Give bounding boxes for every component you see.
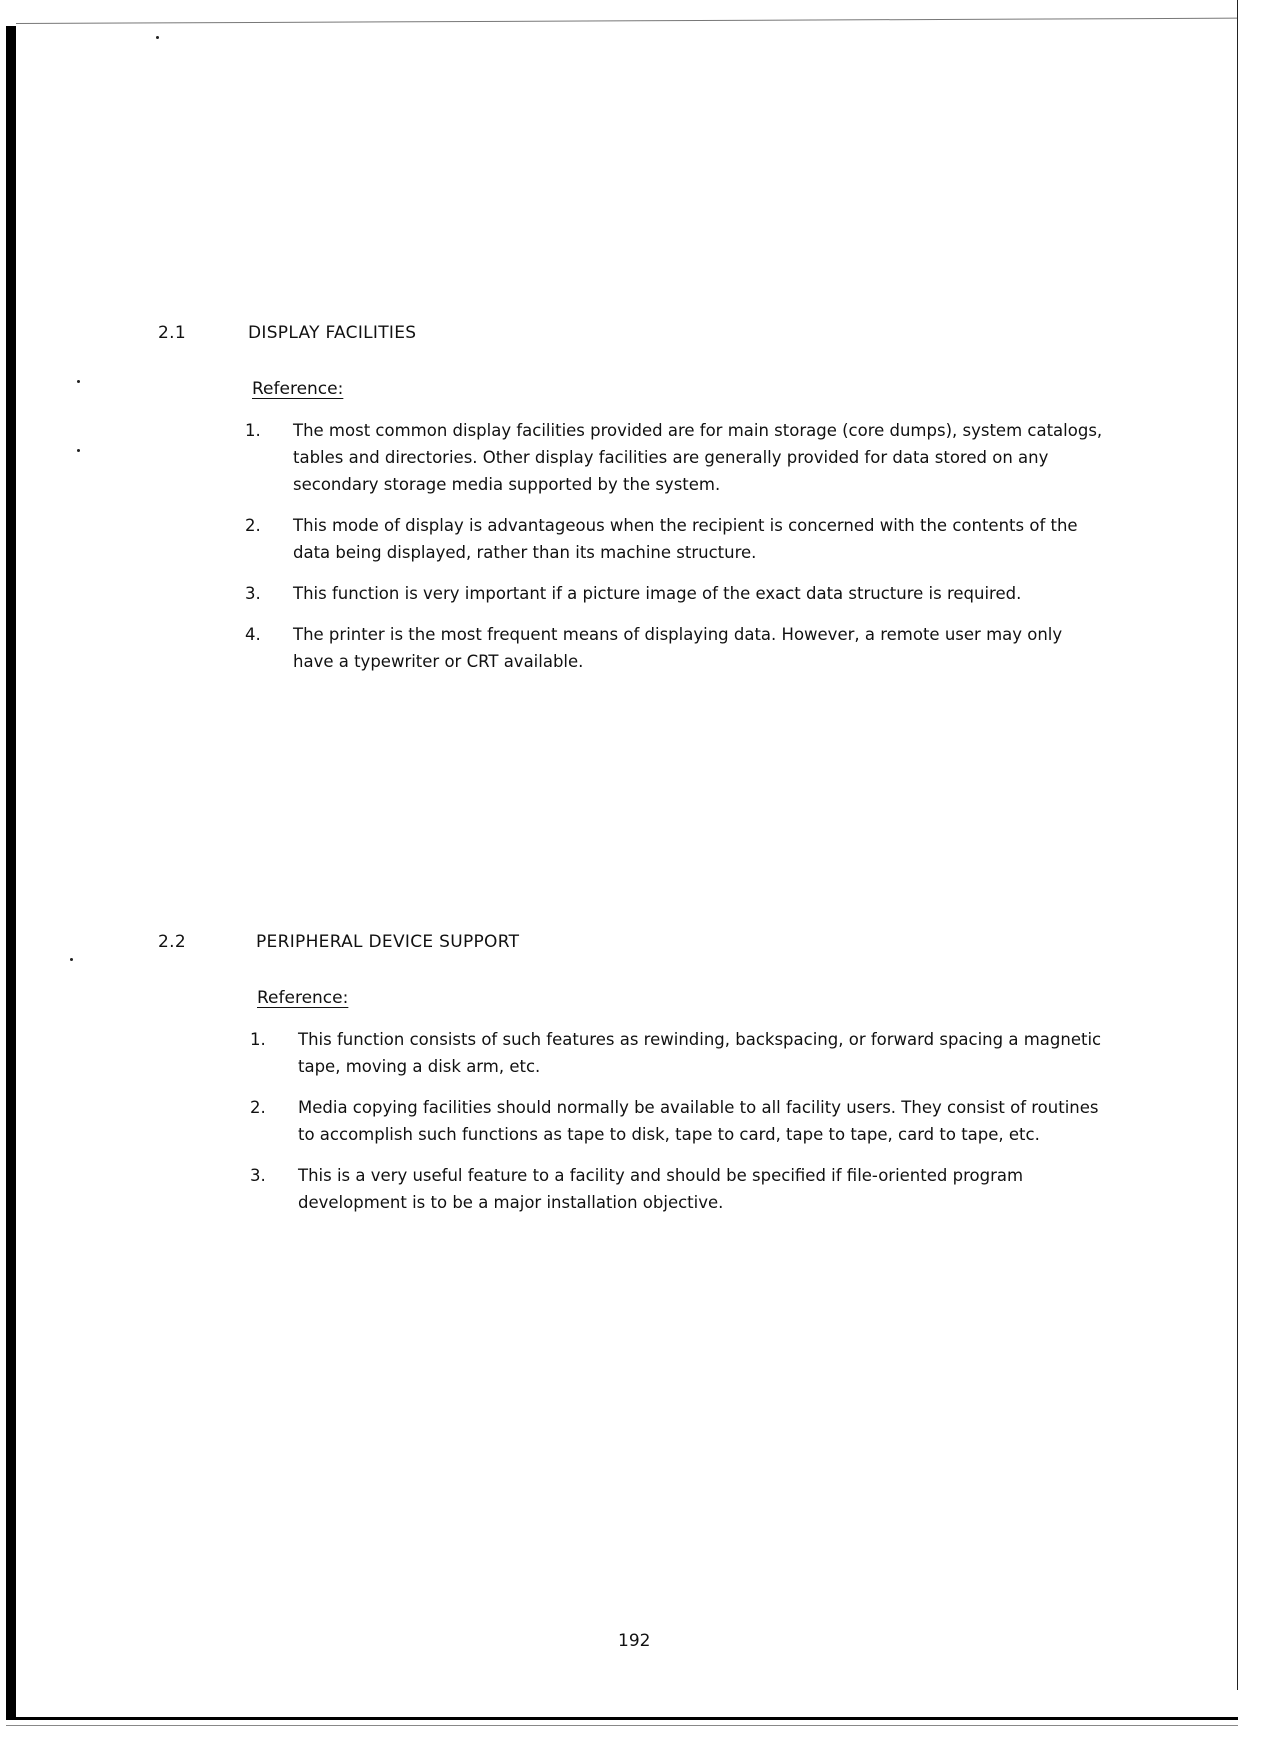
item-text: This function consists of such features …	[298, 1026, 1110, 1080]
scan-border-top	[16, 18, 1238, 24]
list-item: 4. The printer is the most frequent mean…	[245, 621, 1105, 675]
section-title: DISPLAY FACILITIES	[248, 323, 416, 343]
list-item: 1. The most common display facilities pr…	[245, 417, 1105, 498]
list-item: 3. This is a very useful feature to a fa…	[250, 1162, 1110, 1216]
item-text: This is a very useful feature to a facil…	[298, 1162, 1110, 1216]
item-number: 1.	[250, 1026, 266, 1053]
document-page	[6, 26, 1238, 1720]
list-item: 1. This function consists of such featur…	[250, 1026, 1110, 1080]
page-number: 192	[618, 1631, 650, 1651]
item-text: This mode of display is advantageous whe…	[293, 512, 1105, 566]
section-number: 2.1	[158, 323, 186, 343]
item-number: 2.	[245, 512, 261, 539]
scan-speck	[70, 958, 73, 961]
scan-speck	[156, 36, 159, 39]
item-text: This function is very important if a pic…	[293, 580, 1105, 607]
item-number: 1.	[245, 417, 261, 444]
item-text: The most common display facilities provi…	[293, 417, 1105, 498]
section-title: PERIPHERAL DEVICE SUPPORT	[256, 932, 519, 952]
item-number: 2.	[250, 1094, 266, 1121]
item-text: The printer is the most frequent means o…	[293, 621, 1105, 675]
scan-border-right	[1237, 0, 1238, 1690]
list-item: 2. This mode of display is advantageous …	[245, 512, 1105, 566]
reference-label: Reference:	[257, 988, 348, 1008]
section-number: 2.2	[158, 932, 186, 952]
scan-border-bottom-shadow	[6, 1725, 1238, 1726]
reference-label: Reference:	[252, 379, 343, 399]
scan-border-left	[6, 26, 16, 1720]
list-item: 3. This function is very important if a …	[245, 580, 1105, 607]
scan-border-bottom	[6, 1717, 1238, 1720]
scan-speck	[77, 449, 80, 452]
item-number: 3.	[245, 580, 261, 607]
reference-list: 1. This function consists of such featur…	[250, 1026, 1110, 1230]
scan-speck	[77, 380, 80, 383]
list-item: 2. Media copying facilities should norma…	[250, 1094, 1110, 1148]
item-text: Media copying facilities should normally…	[298, 1094, 1110, 1148]
reference-list: 1. The most common display facilities pr…	[245, 417, 1105, 689]
item-number: 4.	[245, 621, 261, 648]
item-number: 3.	[250, 1162, 266, 1189]
